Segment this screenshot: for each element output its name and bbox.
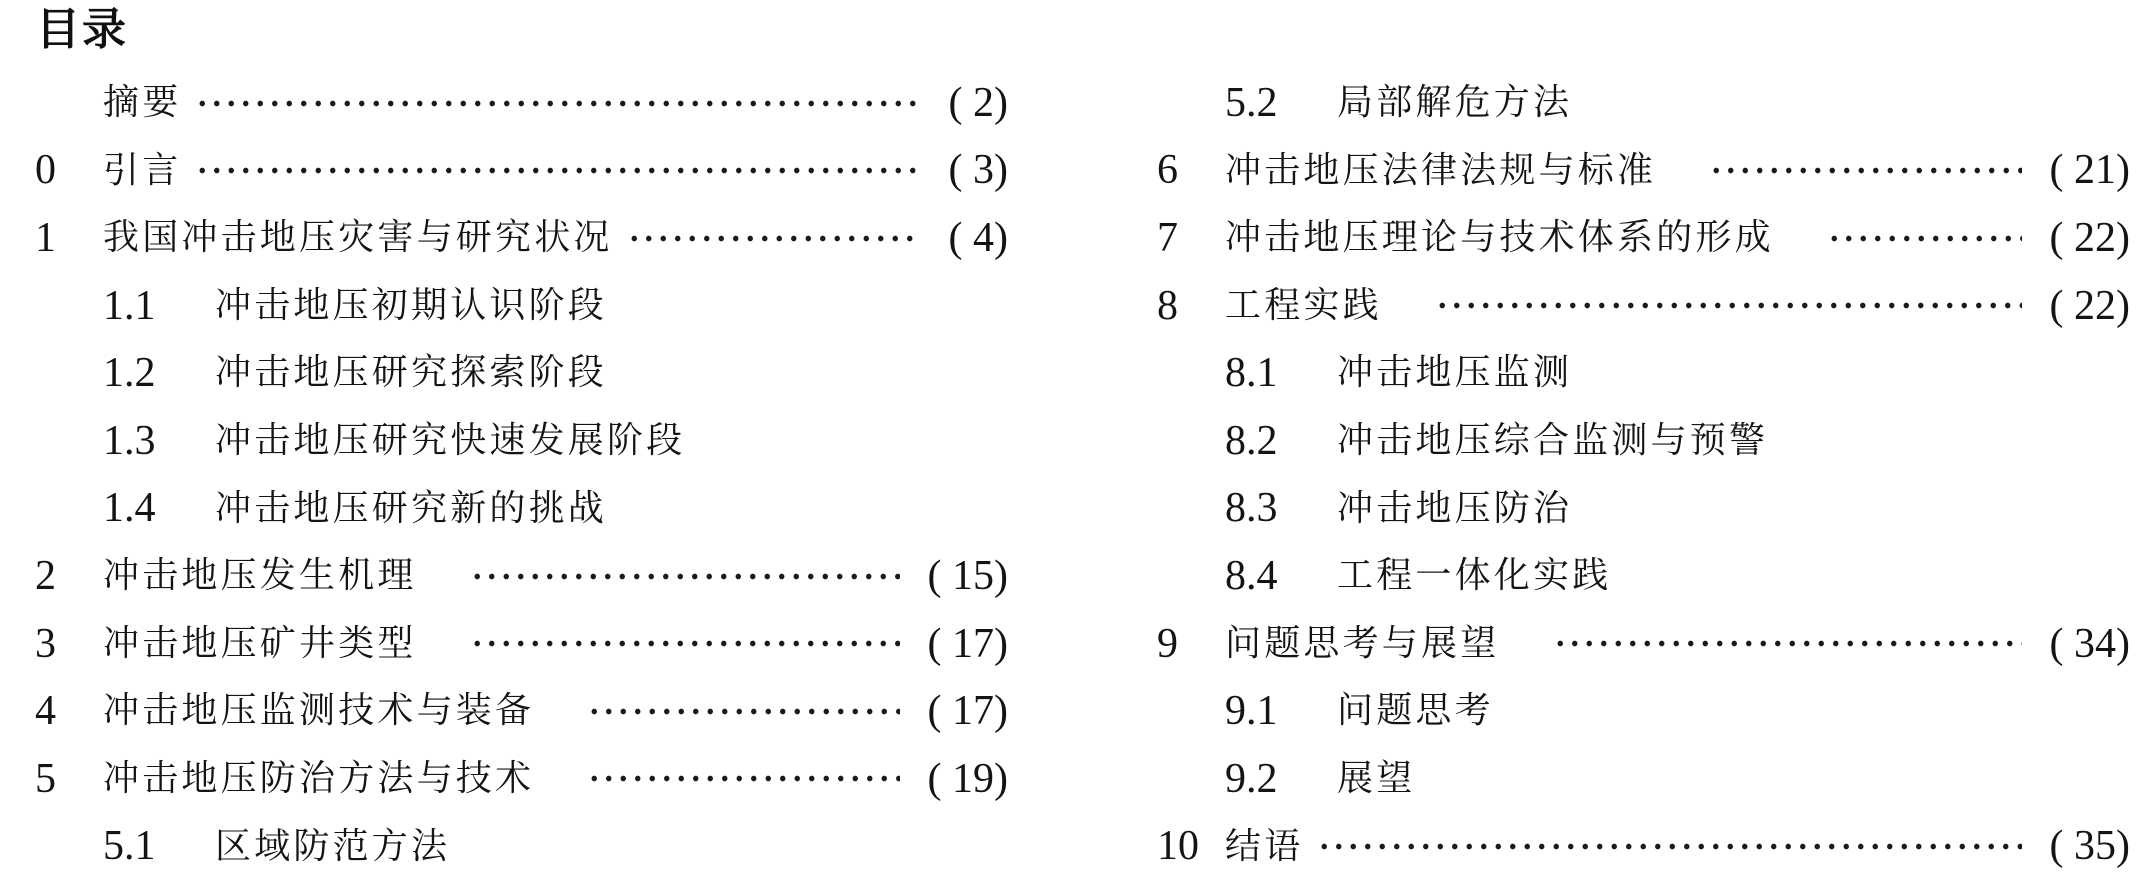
toc-entry-number: 1.3	[103, 420, 215, 462]
toc-entry-number: 9.2	[1225, 758, 1337, 800]
toc-entry-title: 冲击地压监测技术与装备	[103, 691, 573, 731]
toc-row: 1.3 冲击地压研究快速发展阶段	[35, 407, 1008, 475]
dot-leader	[1553, 610, 2022, 678]
toc-entry-page: ( 17)	[928, 623, 1008, 665]
toc-entry-number: 2	[35, 555, 103, 597]
toc-entry-page: ( 17)	[928, 690, 1008, 732]
toc-row: 1 我国冲击地压灾害与研究状况 ( 4)	[35, 204, 1008, 272]
toc-entry-title: 局部解危方法	[1337, 83, 1572, 123]
toc-row: 摘要 ( 2)	[35, 69, 1008, 137]
toc-entry-number: 1.4	[103, 487, 215, 529]
toc-entry-title: 冲击地压监测	[1337, 353, 1572, 393]
toc-entry-number: 8.2	[1225, 420, 1337, 462]
toc-row: 5 冲击地压防治方法与技术 ( 19)	[35, 745, 1008, 813]
toc-entry-title: 我国冲击地压灾害与研究状况	[103, 218, 613, 258]
dot-leader	[470, 542, 900, 610]
toc-entry-page: ( 34)	[2050, 623, 2130, 665]
toc-row: 2 冲击地压发生机理 ( 15)	[35, 542, 1008, 610]
toc-entry-page: ( 22)	[2050, 217, 2130, 259]
toc-column-right: 5.2 局部解危方法 6 冲击地压法律法规与标准 ( 21) 7 冲击地压理论与…	[1157, 69, 2130, 877]
toc-entry-number: 10	[1157, 825, 1225, 867]
dot-leader	[195, 137, 920, 205]
toc-row: 3 冲击地压矿井类型 ( 17)	[35, 610, 1008, 678]
toc-entry-page: ( 3)	[949, 149, 1008, 191]
toc-entry-title: 工程实践	[1225, 286, 1421, 326]
toc-row: 5.1 区域防范方法	[35, 813, 1008, 877]
toc-row: 8.3 冲击地压防治	[1157, 475, 2130, 543]
toc-row: 9.2 展望	[1157, 745, 2130, 813]
toc-row: 9.1 问题思考	[1157, 677, 2130, 745]
toc-entry-title: 冲击地压理论与技术体系的形成	[1225, 218, 1813, 258]
toc-entry-title: 冲击地压研究快速发展阶段	[215, 421, 685, 461]
page-title: 目录	[36, 4, 128, 56]
toc-row: 6 冲击地压法律法规与标准 ( 21)	[1157, 137, 2130, 205]
toc-row: 1.4 冲击地压研究新的挑战	[35, 475, 1008, 543]
toc-entry-page: ( 35)	[2050, 825, 2130, 867]
toc-entry-number: 5.2	[1225, 82, 1337, 124]
dot-leader	[1435, 272, 2022, 340]
toc-entry-number: 7	[1157, 217, 1225, 259]
toc-entry-title: 结语	[1225, 827, 1303, 867]
toc-entry-title: 冲击地压防治方法与技术	[103, 759, 573, 799]
toc-entry-number: 8.4	[1225, 555, 1337, 597]
toc-row: 8 工程实践 ( 22)	[1157, 272, 2130, 340]
toc-entry-number: 4	[35, 690, 103, 732]
toc-entry-page: ( 4)	[949, 217, 1008, 259]
dot-leader	[627, 204, 921, 272]
toc-entry-title: 冲击地压发生机理	[103, 556, 456, 596]
toc-entry-title: 区域防范方法	[215, 827, 450, 867]
dot-leader	[1317, 813, 2021, 877]
toc-entry-title: 展望	[1337, 759, 1415, 799]
toc-entry-number: 8.3	[1225, 487, 1337, 529]
dot-leader	[1709, 137, 2021, 205]
toc-row: 8.1 冲击地压监测	[1157, 339, 2130, 407]
toc-entry-title: 冲击地压防治	[1337, 489, 1572, 529]
toc-entry-page: ( 2)	[949, 82, 1008, 124]
toc-entry-number: 1.1	[103, 285, 215, 327]
toc-entry-title: 问题思考与展望	[1225, 624, 1539, 664]
toc-entry-number: 9	[1157, 623, 1225, 665]
toc-entry-title: 冲击地压研究探索阶段	[215, 353, 607, 393]
toc-row: 10 结语 ( 35)	[1157, 813, 2130, 877]
dot-leader	[195, 69, 920, 137]
toc-columns: 摘要 ( 2) 0 引言 ( 3) 1 我国冲击地压灾害与研究状况 ( 4) 1…	[35, 69, 2130, 877]
toc-entry-title: 摘要	[103, 83, 181, 123]
toc-row: 1.2 冲击地压研究探索阶段	[35, 339, 1008, 407]
toc-entry-number: 5	[35, 758, 103, 800]
toc-entry-title: 冲击地压初期认识阶段	[215, 286, 607, 326]
toc-entry-number: 8.1	[1225, 352, 1337, 394]
dot-leader	[587, 745, 899, 813]
toc-entry-number: 1	[35, 217, 103, 259]
dot-leader	[1827, 204, 2022, 272]
dot-leader	[587, 677, 899, 745]
toc-entry-page: ( 22)	[2050, 285, 2130, 327]
toc-row: 8.4 工程一体化实践	[1157, 542, 2130, 610]
toc-entry-number: 9.1	[1225, 690, 1337, 732]
toc-entry-page: ( 21)	[2050, 149, 2130, 191]
toc-entry-number: 3	[35, 623, 103, 665]
toc-entry-number: 0	[35, 149, 103, 191]
toc-page: 目录 摘要 ( 2) 0 引言 ( 3) 1 我国冲击地压灾害与研究状况 ( 4…	[0, 0, 2148, 877]
toc-entry-title: 引言	[103, 151, 181, 191]
toc-entry-page: ( 15)	[928, 555, 1008, 597]
toc-entry-title: 问题思考	[1337, 691, 1494, 731]
toc-row: 9 问题思考与展望 ( 34)	[1157, 610, 2130, 678]
dot-leader	[470, 610, 900, 678]
toc-column-left: 摘要 ( 2) 0 引言 ( 3) 1 我国冲击地压灾害与研究状况 ( 4) 1…	[35, 69, 1008, 877]
toc-row: 4 冲击地压监测技术与装备 ( 17)	[35, 677, 1008, 745]
toc-entry-page: ( 19)	[928, 758, 1008, 800]
toc-entry-title: 工程一体化实践	[1337, 556, 1611, 596]
toc-row: 5.2 局部解危方法	[1157, 69, 2130, 137]
toc-entry-number: 6	[1157, 149, 1225, 191]
toc-row: 0 引言 ( 3)	[35, 137, 1008, 205]
toc-entry-title: 冲击地压综合监测与预警	[1337, 421, 1768, 461]
toc-row: 7 冲击地压理论与技术体系的形成 ( 22)	[1157, 204, 2130, 272]
toc-entry-title: 冲击地压矿井类型	[103, 624, 456, 664]
toc-entry-number: 5.1	[103, 825, 215, 867]
toc-entry-title: 冲击地压法律法规与标准	[1225, 151, 1695, 191]
toc-row: 8.2 冲击地压综合监测与预警	[1157, 407, 2130, 475]
toc-entry-number: 8	[1157, 285, 1225, 327]
toc-entry-title: 冲击地压研究新的挑战	[215, 489, 607, 529]
toc-row: 1.1 冲击地压初期认识阶段	[35, 272, 1008, 340]
toc-entry-number: 1.2	[103, 352, 215, 394]
